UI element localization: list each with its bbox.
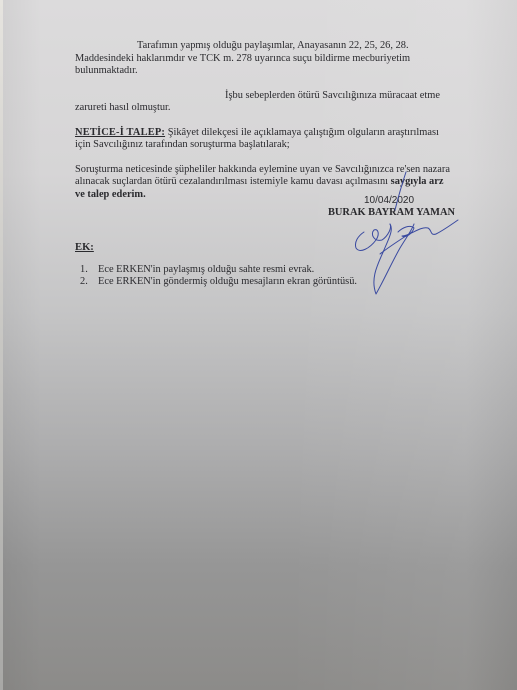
- attachment-item: 1. Ece ERKEN'in paylaşmış olduğu sahte r…: [80, 264, 357, 276]
- petition-date: 10/04/2020: [328, 195, 478, 207]
- attachment-text: Ece ERKEN'in göndermiş olduğu mesajların…: [98, 276, 357, 288]
- attachments-heading: EK:: [75, 242, 94, 253]
- signature-block: 10/04/2020 BURAK BAYRAM YAMAN: [328, 195, 478, 219]
- document-body: Tarafımın yapmış olduğu paylaşımlar, Ana…: [75, 40, 455, 201]
- paper-edge: [0, 0, 3, 690]
- attachment-number: 2.: [80, 276, 98, 288]
- attachment-item: 2. Ece ERKEN'in göndermiş olduğu mesajla…: [80, 276, 357, 288]
- attachment-number: 1.: [80, 264, 98, 276]
- paragraph-rights: Tarafımın yapmış olduğu paylaşımlar, Ana…: [75, 40, 455, 78]
- attachment-text: Ece ERKEN'in paylaşmış olduğu sahte resm…: [98, 264, 314, 276]
- paragraph-reason: İşbu sebeplerden ötürü Savcılığınıza mür…: [75, 90, 455, 115]
- paragraph-request: NETİCE-İ TALEP: Şikâyet dilekçesi ile aç…: [75, 127, 455, 152]
- attachments-list: 1. Ece ERKEN'in paylaşmış olduğu sahte r…: [80, 264, 357, 288]
- petitioner-name: BURAK BAYRAM YAMAN: [328, 207, 478, 219]
- request-label: NETİCE-İ TALEP:: [75, 127, 165, 138]
